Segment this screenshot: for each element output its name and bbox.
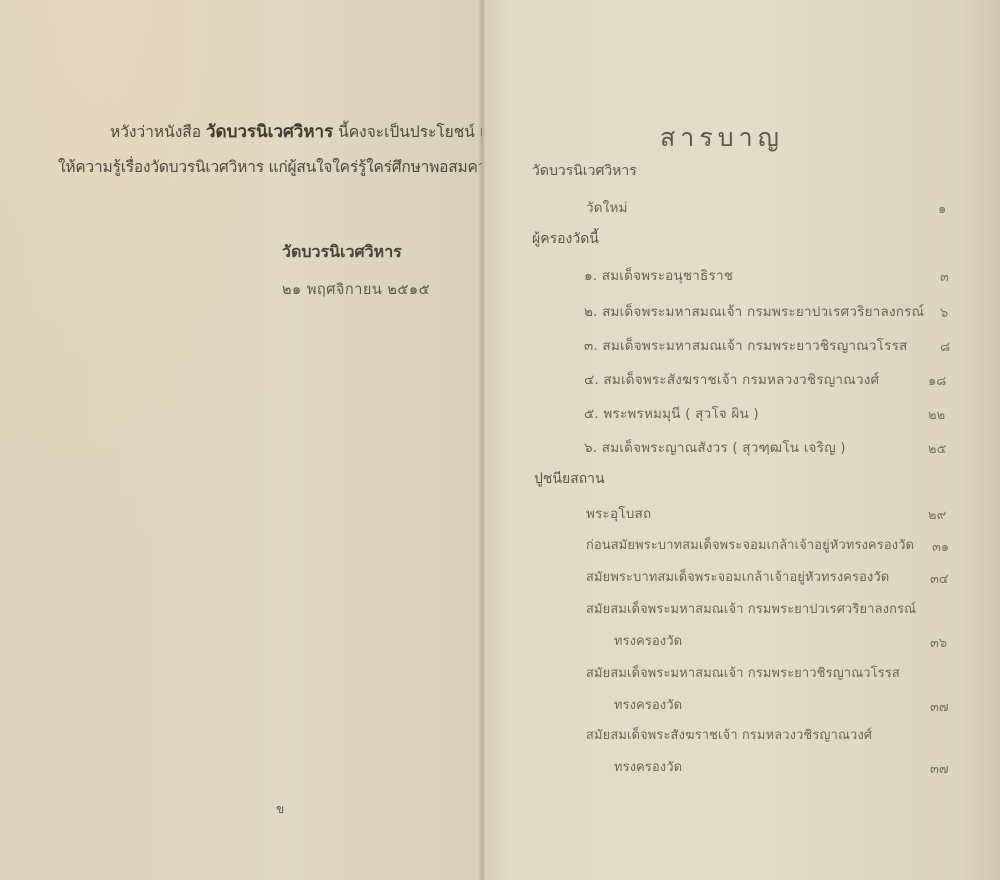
toc-page-number: ๒๕ (928, 438, 946, 459)
preface-line-2: ให้ความรู้เรื่องวัดบวรนิเวศวิหาร แก่ผู้ส… (58, 154, 494, 179)
toc-entry: สมัยสมเด็จพระสังฆราชเจ้า กรมหลวงวชิรญาณว… (586, 724, 872, 745)
left-page: หวังว่าหนังสือ วัดบวรนิเวศวิหาร นี้คงจะเ… (0, 0, 482, 880)
toc-entry: พระอุโบสถ (586, 502, 651, 524)
preface-text: หวังว่าหนังสือ (110, 123, 206, 141)
toc-page-number: ๘ (940, 336, 950, 357)
toc-entry: ก่อนสมัยพระบาทสมเด็จพระจอมเกล้าเจ้าอยู่ห… (586, 534, 914, 555)
toc-entry: ๖. สมเด็จพระญาณสังวร ( สุวฑฺฒโน เจริญ ) (584, 436, 846, 458)
toc-entry-continuation: ทรงครองวัด (614, 756, 682, 777)
toc-page-number: ๑ (938, 198, 946, 219)
toc-section-heading: ปูชนียสถาน (534, 468, 605, 490)
toc-entry-continuation: ทรงครองวัด (614, 630, 682, 651)
toc-entry: ๔. สมเด็จพระสังฆราชเจ้า กรมหลวงวชิรญาณวง… (584, 368, 879, 390)
toc-entry: ๕. พระพรหมมุนี ( สุวโจ ผิน ) (584, 402, 759, 424)
toc-entry-continuation: ทรงครองวัด (614, 694, 682, 715)
toc-page-number: ๓๔ (930, 568, 949, 589)
toc-entry: ๒. สมเด็จพระมหาสมณเจ้า กรมพระยาปวเรศวริย… (584, 300, 924, 322)
toc-section-heading: ผู้ครองวัดนี้ (532, 228, 599, 250)
toc-page-number: ๓๖ (930, 632, 947, 653)
toc-entry: ๓. สมเด็จพระมหาสมณเจ้า กรมพระยาวชิรญาณวโ… (584, 334, 907, 356)
preface-bold-title: วัดบวรนิเวศวิหาร (206, 122, 333, 142)
toc-title: สารบาญ (660, 118, 784, 158)
toc-entry: ๑. สมเด็จพระอนุชาธิราช (584, 264, 733, 286)
toc-page-number: ๒๙ (928, 504, 946, 525)
toc-page-number: ๖ (940, 302, 948, 323)
page-number-left: ข (276, 800, 284, 819)
signature-name: วัดบวรนิเวศวิหาร (282, 240, 402, 265)
toc-page-number: ๓ (940, 266, 949, 287)
toc-page-number: ๓๑ (932, 536, 949, 557)
toc-page-number: ๒๒ (928, 404, 945, 425)
signature-date: ๒๑ พฤศจิกายน ๒๕๑๕ (282, 278, 430, 301)
toc-section-heading: วัดบวรนิเวศวิหาร (532, 160, 637, 182)
preface-line-1: หวังว่าหนังสือ วัดบวรนิเวศวิหาร นี้คงจะเ… (110, 118, 508, 145)
toc-entry: สมัยพระบาทสมเด็จพระจอมเกล้าเจ้าอยู่หัวทร… (586, 566, 889, 587)
toc-page-number: ๓๗ (930, 758, 949, 779)
toc-page-number: ๑๘ (928, 370, 946, 391)
toc-entry: สมัยสมเด็จพระมหาสมณเจ้า กรมพระยาปวเรศวริ… (586, 598, 916, 619)
book-gutter (478, 0, 486, 880)
toc-entry: สมัยสมเด็จพระมหาสมณเจ้า กรมพระยาวชิรญาณว… (586, 662, 900, 683)
toc-entry: วัดใหม่ (586, 196, 628, 218)
toc-page-number: ๓๗ (930, 696, 949, 717)
